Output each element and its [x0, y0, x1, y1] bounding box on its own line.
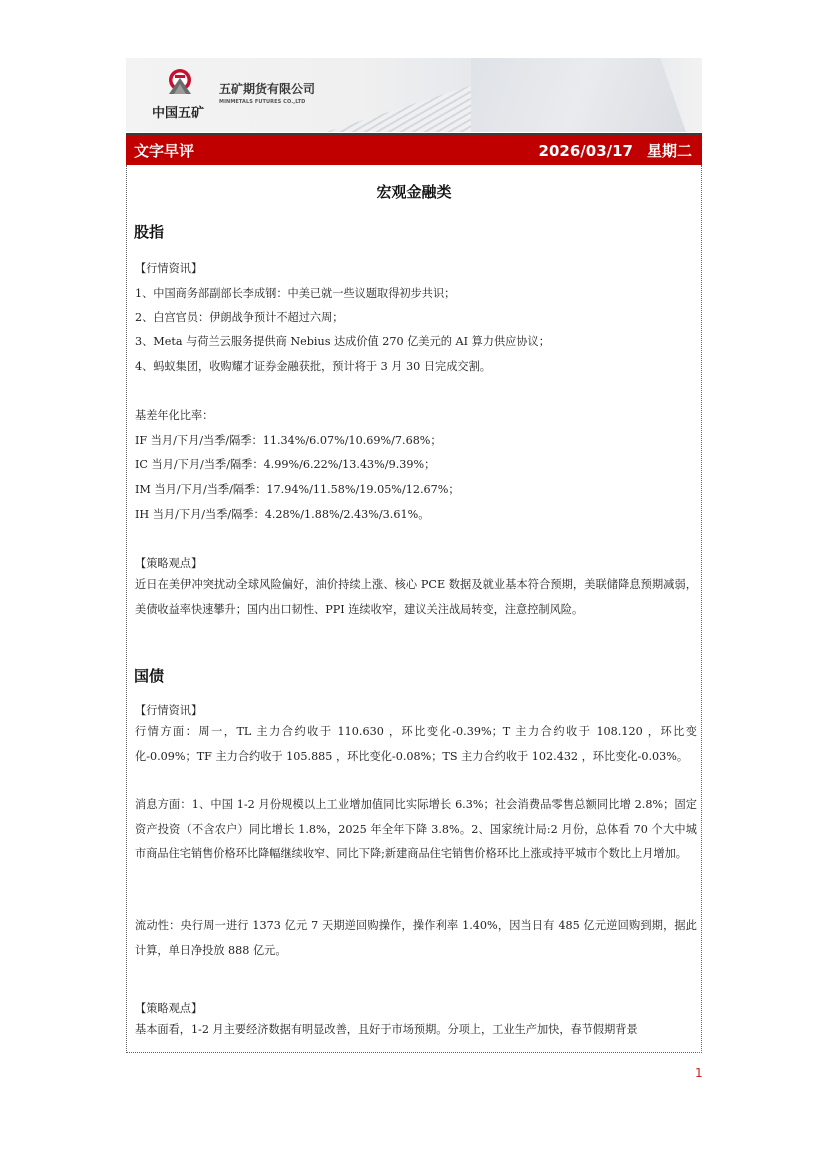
section-title: 宏观金融类	[127, 181, 701, 202]
stock-index-news-label: 【行情资讯】	[135, 260, 202, 276]
treasury-strategy-label: 【策略观点】	[135, 1000, 202, 1016]
report-title: 文字早评	[134, 140, 194, 161]
report-body: 宏观金融类 股指 【行情资讯】 1、中国商务部副部长李成钢：中美已就一些议题取得…	[126, 165, 702, 1053]
stock-index-strategy-text: 近日在美伊冲突扰动全球风险偏好，油价持续上涨、核心 PCE 数据及就业基本符合预…	[135, 573, 697, 622]
group-logo: 中国五矿	[152, 68, 212, 126]
basis-label: 基差年化比率：	[135, 407, 213, 423]
treasury-liquidity-text: 流动性：央行周一进行 1373 亿元 7 天期逆回购操作，操作利率 1.40%，…	[135, 914, 697, 963]
report-date: 2026/03/17星期二	[539, 140, 692, 161]
header-banner: 中国五矿 五矿期货有限公司 MINMETALS FUTURES CO.,LTD	[126, 58, 702, 132]
date-text: 2026/03/17	[539, 142, 633, 160]
company-name-cn: 五矿期货有限公司	[219, 80, 315, 97]
group-logo-text: 中国五矿	[152, 102, 204, 121]
stock-index-strategy-label: 【策略观点】	[135, 555, 202, 571]
treasury-news-label: 【行情资讯】	[135, 702, 202, 718]
company-name: 五矿期货有限公司 MINMETALS FUTURES CO.,LTD	[219, 80, 315, 105]
banner-glass-graphic	[471, 58, 686, 132]
report-title-bar: 文字早评 2026/03/17星期二	[126, 133, 702, 165]
treasury-news-text: 消息方面：1、中国 1-2 月份规模以上工业增加值同比实际增长 6.3%；社会消…	[135, 793, 697, 867]
page-number: 1	[695, 1066, 703, 1080]
treasury-strategy-text: 基本面看，1-2 月主要经济数据有明显改善，且好于市场预期。分项上，工业生产加快…	[135, 1018, 697, 1044]
stock-index-heading: 股指	[134, 221, 164, 242]
basis-row-if: IF 当月/下月/当季/隔季：11.34%/6.07%/10.69%/7.68%…	[135, 432, 442, 448]
news-item: 3、Meta 与荷兰云服务提供商 Nebius 达成价值 270 亿美元的 AI…	[135, 333, 550, 349]
treasury-heading: 国债	[134, 665, 164, 686]
basis-row-im: IM 当月/下月/当季/隔季：17.94%/11.58%/19.05%/12.6…	[135, 481, 460, 497]
news-item: 2、白宫官员：伊朗战争预计不超过六周；	[135, 309, 344, 325]
basis-row-ic: IC 当月/下月/当季/隔季：4.99%/6.22%/13.43%/9.39%；	[135, 456, 435, 472]
banner-building-graphic	[326, 84, 476, 132]
minmetals-emblem-icon	[166, 68, 194, 96]
basis-row-ih: IH 当月/下月/当季/隔季：4.28%/1.88%/2.43%/3.61%。	[135, 506, 429, 522]
weekday-text: 星期二	[647, 142, 692, 160]
news-item: 1、中国商务部副部长李成钢：中美已就一些议题取得初步共识；	[135, 285, 455, 301]
treasury-market-text: 行情方面：周一，TL 主力合约收于 110.630 ，环比变化-0.39%；T …	[135, 720, 697, 769]
company-name-en: MINMETALS FUTURES CO.,LTD	[219, 99, 315, 105]
news-item: 4、蚂蚁集团，收购耀才证券金融获批，预计将于 3 月 30 日完成交割。	[135, 358, 491, 374]
